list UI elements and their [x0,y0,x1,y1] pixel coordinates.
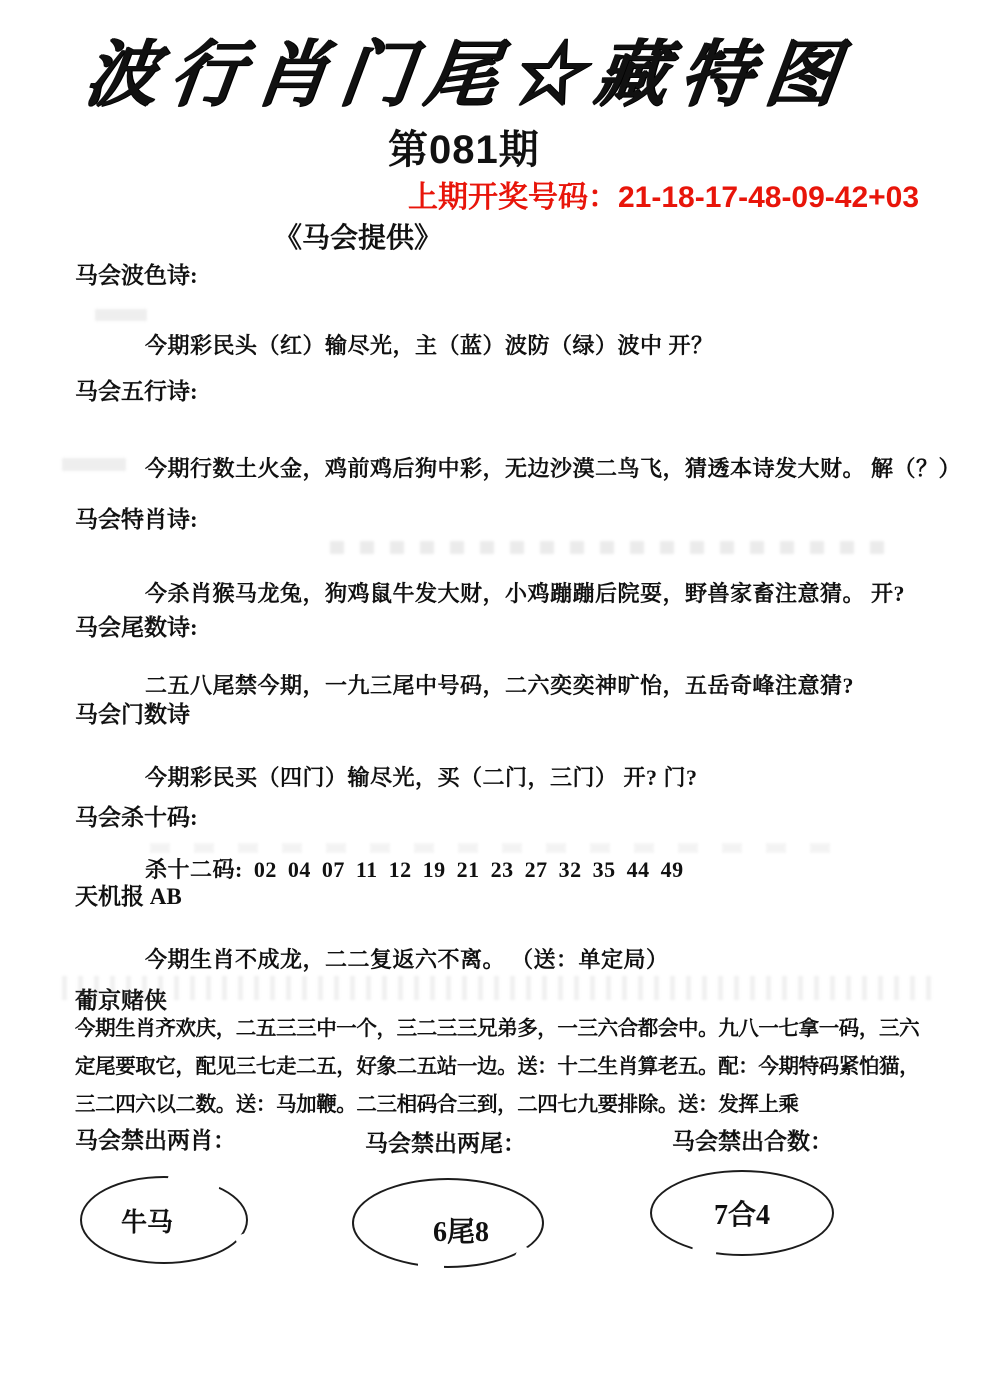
scan-noise [150,843,850,853]
section-line-tail-number: 二五八尾禁今期，一九三尾中号码，二六奕奕神旷怡，五岳奇峰注意猜? [145,673,854,699]
oval-stroke-gap [691,1245,716,1260]
section-label-kill-codes: 马会杀十码: [75,804,198,832]
pujing-paragraph-line-3: 三二四六以二数。送：马加鞭。二三相码合三到，二四七九要排除。送：发挥上乘 [75,1087,799,1117]
section-line-gate-number: 今期彩民买（四门）输尽光，买（二门，三门） 开? 门? [145,765,698,791]
sheet-title: 波行肖门尾☆藏特图 [80,16,858,120]
section-line-wave-color: 今期彩民头（红）输尽光，主（蓝）波防（绿）波中 开？ [145,333,714,359]
scan-noise [330,541,890,554]
pujing-paragraph-line-1: 今期生肖齐欢庆，二五三三中一个，三二三三兄弟多，一三六合都会中。九八一七拿一码，… [75,1011,919,1041]
forbidden-zodiac-label: 马会禁出两肖： [75,1122,236,1155]
section-label-tail-number: 马会尾数诗: [75,614,198,642]
section-label-tianji-report: 天机报 AB [75,883,182,911]
oval-stroke-gap [235,1232,254,1252]
forbidden-sum-label: 马会禁出合数： [672,1123,833,1156]
provider-note: 《马会提供》 [274,216,442,256]
forbidden-sum-value: 7合4 [714,1193,770,1233]
forbidden-zodiac-value: 牛马 [121,1202,173,1239]
section-line-kill-codes: 杀十二码: 02 04 07 11 12 19 21 23 27 32 35 4… [145,857,684,883]
section-label-gate-number: 马会门数诗 [75,701,190,729]
last-draw-numbers: 上期开奖号码：21-18-17-48-09-42+03 [408,172,919,216]
oval-stroke-gap [167,1166,222,1196]
issue-number: 第081期 [388,118,540,175]
section-line-five-elements: 今期行数土火金，鸡前鸡后狗中彩，无边沙漠二鸟飞，猜透本诗发大财。 解（？） [145,456,961,482]
forbidden-sum-oval: 7合4 [650,1170,834,1256]
section-line-special-zodiac: 今杀肖猴马龙兔，狗鸡鼠牛发大财，小鸡蹦蹦后院耍，野兽家畜注意猜。 开? [145,581,905,607]
oval-stroke-gap [514,1244,547,1269]
tip-sheet-page: 波行肖门尾☆藏特图 第081期 上期开奖号码：21-18-17-48-09-42… [0,0,981,1388]
section-label-special-zodiac: 马会特肖诗: [75,506,198,534]
forbidden-tail-value: 6尾8 [433,1210,489,1250]
section-label-wave-color: 马会波色诗: [75,262,198,290]
section-label-five-elements: 马会五行诗: [75,378,198,406]
scan-noise [62,458,126,471]
forbidden-tail-oval: 6尾8 [352,1178,544,1268]
pujing-paragraph-line-2: 定尾要取它，配见三七走二五，好象二五站一边。送：十二生肖算老五。配：今期特码紧怕… [75,1049,919,1079]
forbidden-zodiac-oval: 牛马 [80,1176,248,1264]
section-line-tianji-report: 今期生肖不成龙，二二复返六不离。 （送：单定局） [145,947,669,973]
forbidden-tail-label: 马会禁出两尾： [365,1125,526,1158]
scan-noise [62,976,942,1000]
scan-noise [95,309,147,321]
oval-stroke-gap [418,1259,444,1272]
